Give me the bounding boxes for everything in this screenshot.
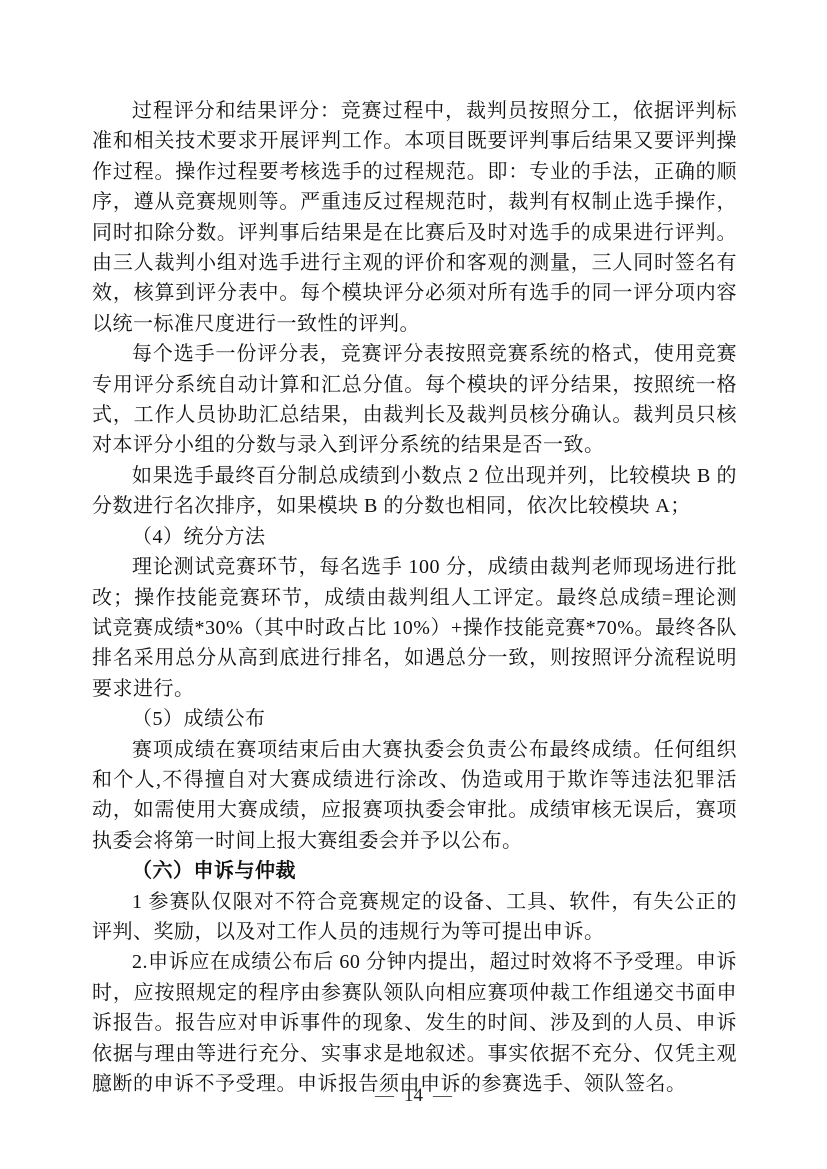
heading-score-tallying-method: （4）统分方法 xyxy=(92,522,737,552)
paragraph-results-publication: 赛项成绩在赛项结束后由大赛执委会负责公布最终成绩。任何组织和个人,不得擅自对大赛… xyxy=(92,735,737,857)
footer-left-dash: — xyxy=(365,1085,404,1106)
footer-right-dash: — xyxy=(423,1085,462,1106)
document-body: 过程评分和结果评分：竞赛过程中，裁判员按照分工，依据评判标准和相关技术要求开展评… xyxy=(92,96,737,1099)
page-footer: —14— xyxy=(0,1084,827,1108)
heading-appeal-and-arbitration: （六）申诉与仲裁 xyxy=(92,856,737,886)
heading-results-announcement: （5）成绩公布 xyxy=(92,704,737,734)
paragraph-appeal-procedure: 2.申诉应在成绩公布后 60 分钟内提出，超过时效将不予受理。申诉时，应按照规定… xyxy=(92,947,737,1099)
paragraph-score-sheet: 每个选手一份评分表，竞赛评分表按照竞赛系统的格式，使用竞赛专用评分系统自动计算和… xyxy=(92,339,737,461)
paragraph-appeal-scope: 1 参赛队仅限对不符合竞赛规定的设备、工具、软件，有失公正的评判、奖励，以及对工… xyxy=(92,887,737,948)
paragraph-score-calculation: 理论测试竞赛环节，每名选手 100 分，成绩由裁判老师现场进行批改；操作技能竞赛… xyxy=(92,552,737,704)
page-number: 14 xyxy=(404,1085,423,1106)
paragraph-process-and-result-scoring: 过程评分和结果评分：竞赛过程中，裁判员按照分工，依据评判标准和相关技术要求开展评… xyxy=(92,96,737,339)
document-page: 过程评分和结果评分：竞赛过程中，裁判员按照分工，依据评判标准和相关技术要求开展评… xyxy=(0,0,827,1169)
paragraph-tie-breaking: 如果选手最终百分制总成绩到小数点 2 位出现并列，比较模块 B 的分数进行名次排… xyxy=(92,461,737,522)
